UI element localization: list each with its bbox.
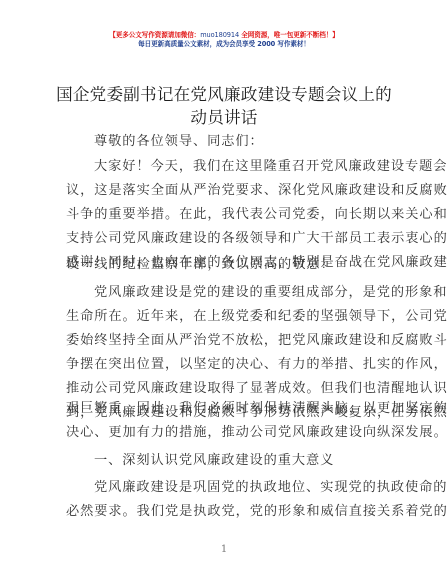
section-heading-1: 一、深刻认识党风廉政建设的重大意义	[94, 453, 412, 469]
paragraph-2-line: 推动公司党风廉政建设取得了显著成效。但我们也清醒地认识	[66, 381, 384, 397]
promo-text-suffix: 全网资源，唯一包更新不断档！】	[239, 31, 339, 39]
wechat-id: muo180914	[200, 31, 239, 39]
paragraph-1-line: 斗争的重要举措。在此，我代表公司党委，向长期以来关心和	[66, 207, 384, 223]
paragraph-2-line: 争摆在突出位置，以坚定的决心、有力的举措、扎实的作风，	[66, 357, 384, 373]
promo-banner-line-2: 每日更新高质量公文素材，成为会员享受 2000 写作素材！	[0, 40, 448, 49]
document-title-line-1: 国企党委副书记在党风廉政建设专题会议上的	[0, 84, 448, 106]
paragraph-2-line: 生命所在。近年来，在上级党委和纪委的坚强领导下，公司党	[66, 309, 384, 325]
paragraph-2-line: 党风廉政建设是党的建设的重要组成部分，是党的形象和	[94, 285, 412, 301]
paragraph-2-line: 决心、更加有力的措施，推动公司党风廉政建设向纵深发展。	[66, 425, 384, 441]
paragraph-3-line: 必然要求。我们党是执政党，党的形象和威信直接关系着党的	[66, 504, 384, 520]
paragraph-2-line: 委始终坚持全面从严治党不放松，把党风廉政建设和反腐败斗	[66, 333, 384, 349]
salutation: 尊敬的各位领导、同志们：	[94, 134, 412, 150]
paragraph-1-line: 设一线的纪检监察干部，致以崇高的敬意！	[66, 257, 384, 273]
document-page: 【更多公文写作资源请加微信：muo180914 全网资源，唯一包更新不断档！】 …	[0, 0, 448, 580]
paragraph-1-line: 支持公司党风廉政建设的各级领导和广大干部员工表示衷心的	[66, 231, 384, 247]
promo-text-prefix: 【更多公文写作资源请加微信：	[109, 31, 200, 39]
paragraph-1-line: 大家好！今天，我们在这里隆重召开党风廉政建设专题会	[94, 159, 412, 175]
paragraph-1-line: 议，这是落实全面从严治党要求、深化党风廉政建设和反腐败	[66, 183, 384, 199]
document-title-line-2: 动员讲话	[0, 107, 448, 129]
promo-banner-line-1: 【更多公文写作资源请加微信：muo180914 全网资源，唯一包更新不断档！】	[0, 31, 448, 40]
paragraph-2-line: 艰巨繁重。因此，我们必须时刻保持清醒头脑，以更加坚定的	[66, 401, 384, 417]
paragraph-3-line: 党风廉政建设是巩固党的执政地位、实现党的执政使命的	[94, 480, 412, 496]
page-number: 1	[0, 544, 448, 555]
